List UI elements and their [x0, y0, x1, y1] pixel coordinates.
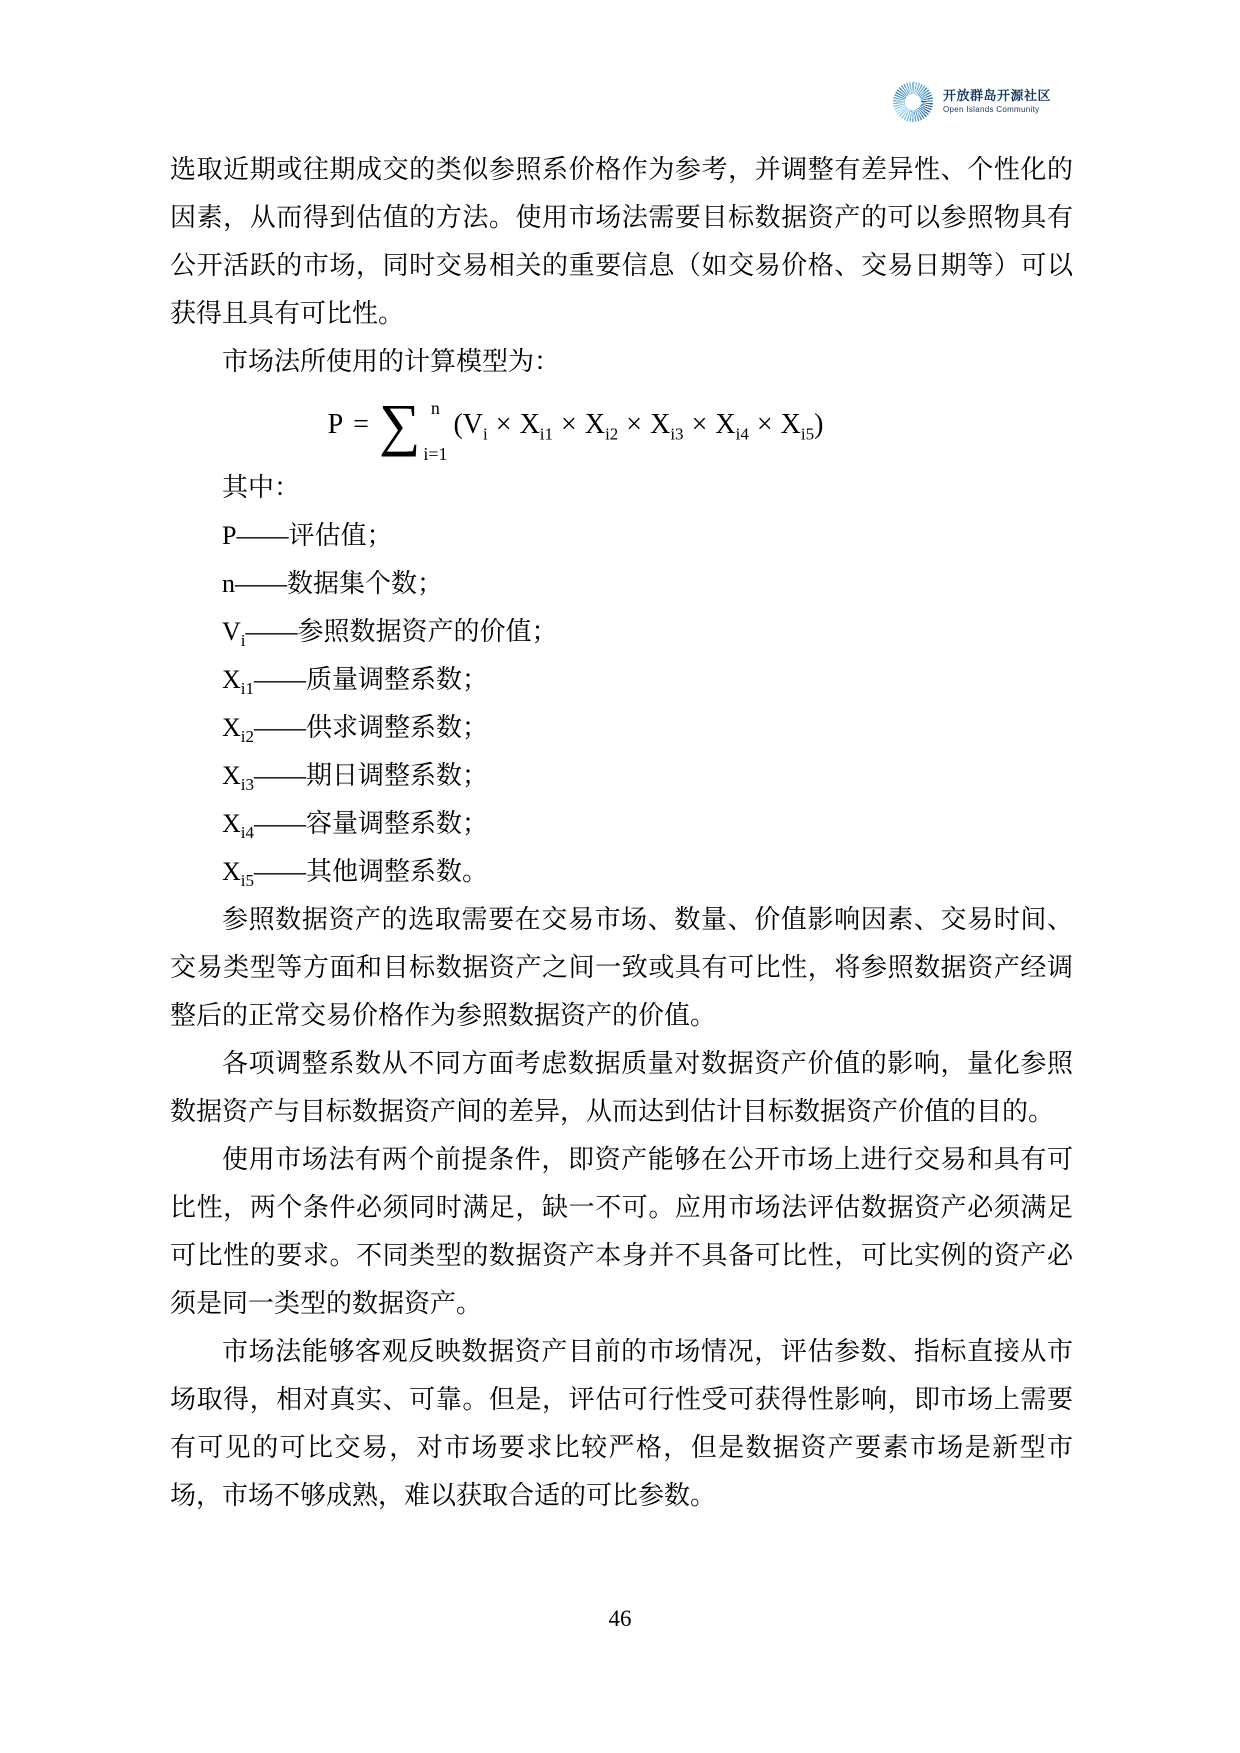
logo-text: 开放群岛开源社区 Open Islands Community	[943, 88, 1051, 115]
times-operator: ×	[692, 411, 708, 439]
definition-row-Vi: Vi——参照数据资产的价值；	[170, 608, 1073, 656]
document-page: 开放群岛开源社区 Open Islands Community 选取近期或往期成…	[0, 0, 1240, 1753]
definition-row-Xi4: Xi4——容量调整系数；	[170, 800, 1073, 848]
times-operator: ×	[757, 411, 773, 439]
definition-row-Xi2: Xi2——供求调整系数；	[170, 704, 1073, 752]
definition-text: ——参照数据资产的价值；	[246, 617, 558, 646]
formula-term: Xi2	[585, 411, 618, 439]
open-islands-logo: 开放群岛开源社区 Open Islands Community	[893, 82, 1051, 122]
summation-symbol: ∑ n i=1	[379, 393, 448, 457]
definition-row-Xi5: Xi5——其他调整系数。	[170, 848, 1073, 896]
formula-term: Xi3	[650, 411, 683, 439]
market-method-formula: P = ∑ n i=1 ( Vi × Xi1 × Xi2 × Xi3 × Xi4…	[124, 386, 1027, 464]
close-paren: )	[814, 411, 823, 439]
definition-text: ——供求调整系数；	[254, 713, 488, 742]
paragraph-continuation: 选取近期或往期成交的类似参照系价格作为参考，并调整有差异性、个性化的因素，从而得…	[170, 146, 1073, 338]
paragraph-pros-cons: 市场法能够客观反映数据资产目前的市场情况，评估参数、指标直接从市场取得，相对真实…	[170, 1328, 1073, 1520]
definition-text: ——数据集个数；	[235, 569, 443, 598]
formula-equals: =	[353, 411, 369, 439]
formula-lhs: P	[328, 411, 344, 439]
page-number: 46	[0, 1606, 1240, 1632]
where-label: 其中：	[170, 464, 1073, 512]
paragraph-reference-selection: 参照数据资产的选取需要在交易市场、数量、价值影响因素、交易时间、交易类型等方面和…	[170, 896, 1073, 1040]
formula-term: Xi1	[520, 411, 553, 439]
formula-term: Vi	[463, 411, 488, 439]
document-body: 选取近期或往期成交的类似参照系价格作为参考，并调整有差异性、个性化的因素，从而得…	[170, 146, 1073, 1520]
times-operator: ×	[496, 411, 512, 439]
logo-title-en: Open Islands Community	[943, 105, 1051, 115]
paragraph-preconditions: 使用市场法有两个前提条件，即资产能够在公开市场上进行交易和具有可比性，两个条件必…	[170, 1136, 1073, 1328]
definition-text: ——评估值；	[236, 521, 392, 550]
definition-row-P: P——评估值；	[170, 512, 1073, 560]
definition-text: ——期日调整系数；	[254, 761, 488, 790]
logo-title-zh: 开放群岛开源社区	[943, 88, 1051, 105]
formula-term: Xi5	[781, 411, 814, 439]
sum-upper-limit: n	[423, 399, 447, 417]
paragraph-model-intro: 市场法所使用的计算模型为：	[170, 338, 1073, 386]
definition-row-Xi3: Xi3——期日调整系数；	[170, 752, 1073, 800]
formula-term: Xi4	[715, 411, 748, 439]
starburst-sun-icon	[893, 82, 933, 122]
open-paren: (	[453, 411, 462, 439]
definition-text: ——容量调整系数；	[254, 809, 488, 838]
sum-lower-limit: i=1	[423, 445, 447, 463]
paragraph-adjustment-coefficients: 各项调整系数从不同方面考虑数据质量对数据资产价值的影响，量化参照数据资产与目标数…	[170, 1040, 1073, 1136]
sigma-glyph: ∑	[379, 399, 420, 451]
definition-row-Xi1: Xi1——质量调整系数；	[170, 656, 1073, 704]
times-operator: ×	[626, 411, 642, 439]
definition-text: ——其他调整系数。	[254, 857, 488, 886]
definition-text: ——质量调整系数；	[254, 665, 488, 694]
times-operator: ×	[561, 411, 577, 439]
definition-row-n: n——数据集个数；	[170, 560, 1073, 608]
